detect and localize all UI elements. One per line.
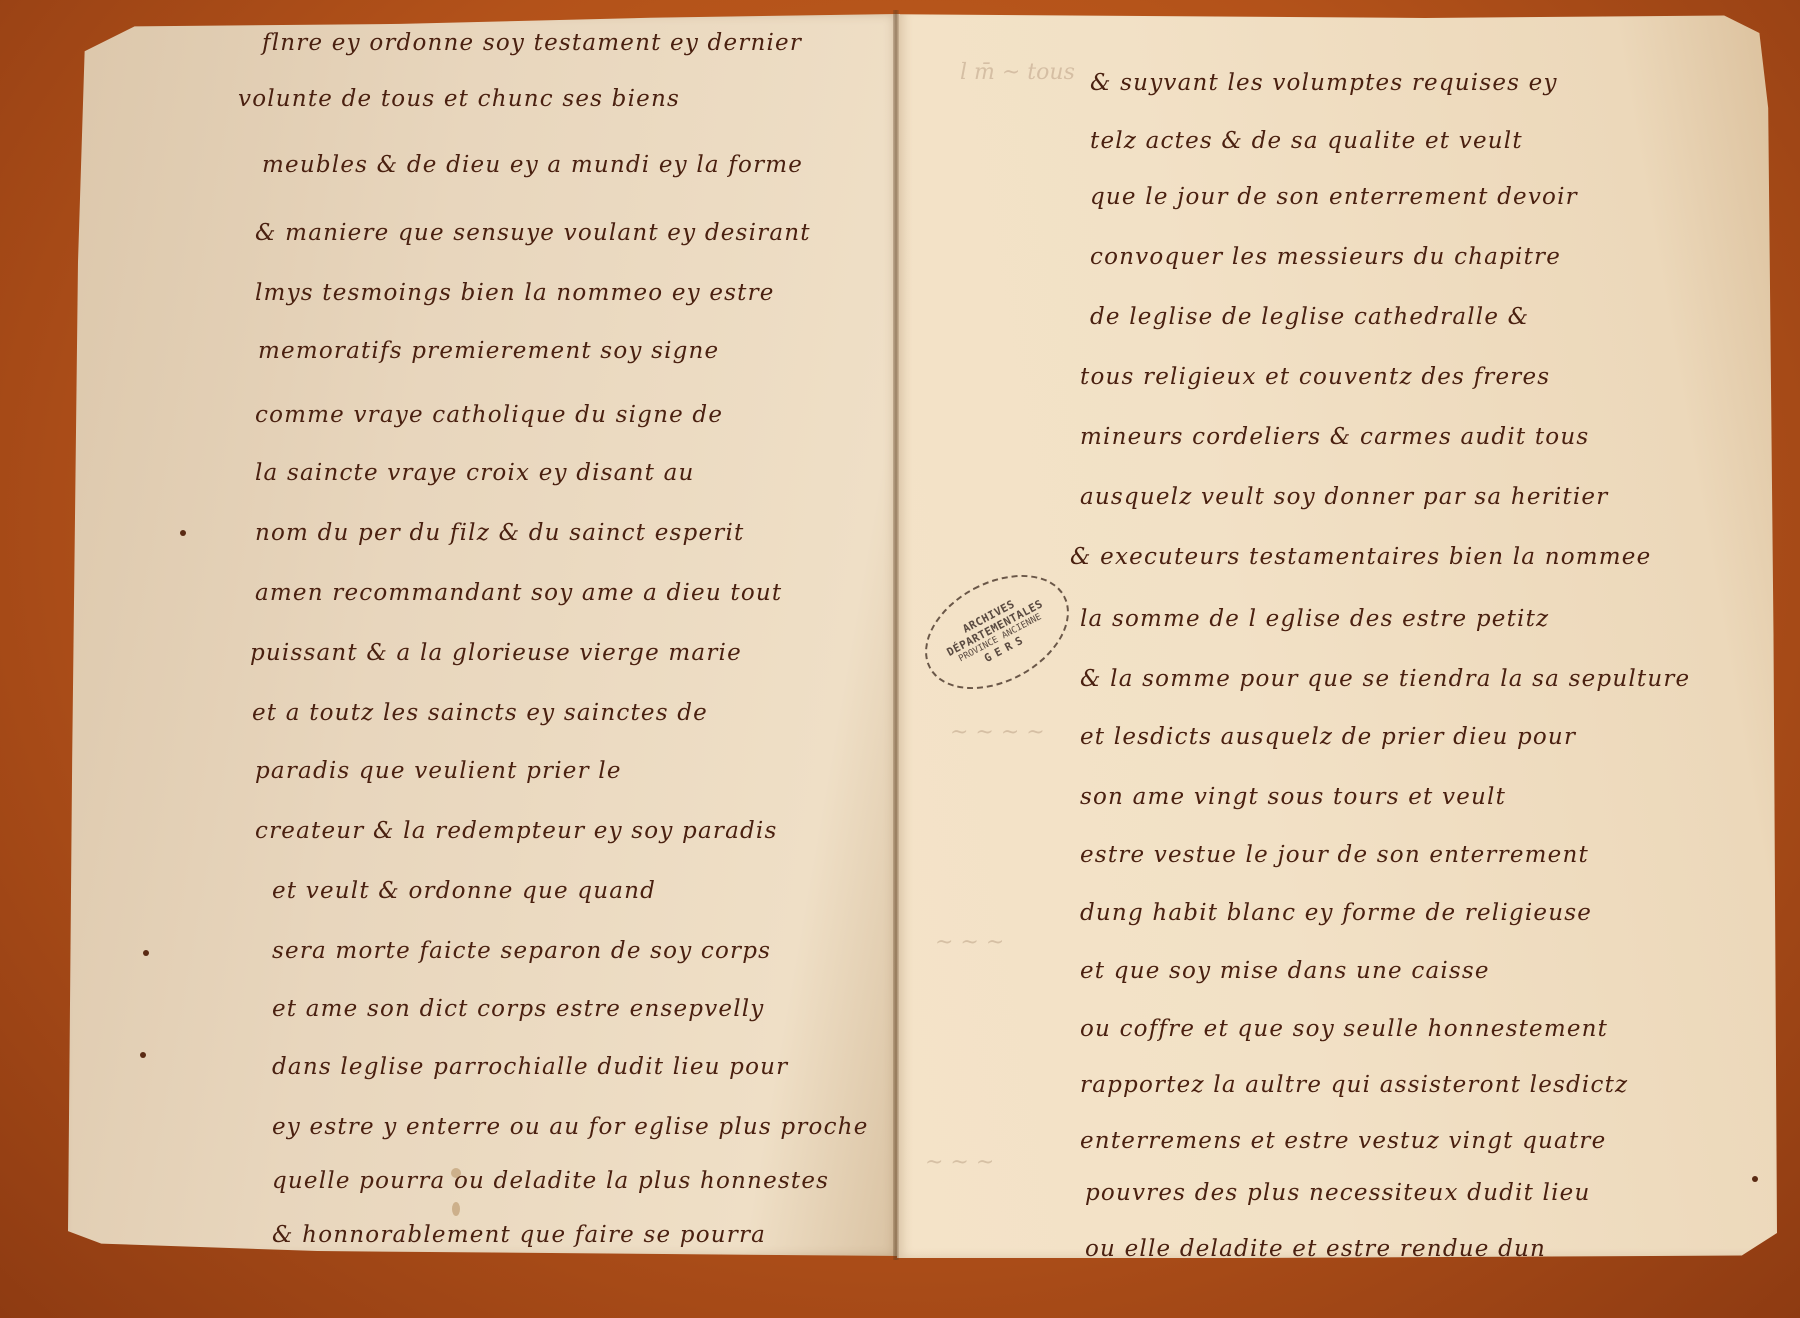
- manuscript-line: dans leglise parrochialle dudit lieu pou…: [272, 1054, 788, 1080]
- manuscript-line: enterremens et estre vestuz vingt quatre: [1080, 1128, 1606, 1154]
- manuscript-line: la saincte vraye croix ey disant au: [255, 460, 695, 486]
- manuscript-line: que le jour de son enterrement devoir: [1090, 184, 1578, 210]
- margin-mark: [143, 950, 149, 956]
- manuscript-line: ey estre y enterre ou au for eglise plus…: [272, 1114, 869, 1140]
- manuscript-line: & maniere que sensuye voulant ey desiran…: [255, 220, 811, 246]
- paper-stain: [452, 1202, 460, 1216]
- manuscript-line: ou elle deladite et estre rendue dun: [1085, 1236, 1546, 1262]
- manuscript-line: quelle pourra ou deladite la plus honnes…: [272, 1168, 829, 1194]
- manuscript-line: & honnorablement que faire se pourra: [272, 1222, 766, 1248]
- manuscript-line: estre vestue le jour de son enterrement: [1080, 842, 1589, 868]
- manuscript-line: dung habit blanc ey forme de religieuse: [1080, 900, 1592, 926]
- manuscript-line: nom du per du filz & du sainct esperit: [255, 520, 744, 546]
- manuscript-line: ou coffre et que soy seulle honnestement: [1080, 1016, 1608, 1042]
- book-gutter: [893, 10, 899, 1260]
- manuscript-line: ausquelz veult soy donner par sa heritie…: [1080, 484, 1608, 510]
- manuscript-line: telz actes & de sa qualite et veult: [1090, 128, 1523, 154]
- manuscript-line: & suyvant les volumptes requises ey: [1090, 70, 1558, 96]
- manuscript-line: la somme de l eglise des estre petitz: [1080, 606, 1549, 632]
- manuscript-line: sera morte faicte separon de soy corps: [272, 938, 771, 964]
- manuscript-line: puissant & a la glorieuse vierge marie: [250, 640, 742, 666]
- manuscript-line: & la somme pour que se tiendra la sa sep…: [1080, 666, 1690, 692]
- manuscript-line: paradis que veulient prier le: [255, 758, 622, 784]
- margin-mark: [1752, 1176, 1758, 1182]
- manuscript-line: createur & la redempteur ey soy paradis: [255, 818, 777, 844]
- manuscript-line: lmys tesmoings bien la nommeo ey estre: [255, 280, 775, 306]
- manuscript-line: et ame son dict corps estre ensepvelly: [272, 996, 765, 1022]
- manuscript-line: pouvres des plus necessiteux dudit lieu: [1085, 1180, 1591, 1206]
- manuscript-line: et que soy mise dans une caisse: [1080, 958, 1490, 984]
- show-through-text: ~ ~ ~: [925, 1150, 994, 1175]
- manuscript-line: volunte de tous et chunc ses biens: [238, 86, 680, 112]
- manuscript-line: flnre ey ordonne soy testament ey dernie…: [262, 30, 802, 56]
- show-through-text: ~ ~ ~: [935, 930, 1004, 955]
- manuscript-line: meubles & de dieu ey a mundi ey la forme: [262, 152, 803, 178]
- manuscript-line: de leglise de leglise cathedralle &: [1090, 304, 1529, 330]
- manuscript-line: rapportez la aultre qui assisteront lesd…: [1080, 1072, 1628, 1098]
- manuscript-line: & executeurs testamentaires bien la nomm…: [1070, 544, 1651, 570]
- manuscript-line: mineurs cordeliers & carmes audit tous: [1080, 424, 1589, 450]
- paper-stain: [451, 1168, 461, 1178]
- margin-mark: [180, 530, 186, 536]
- show-through-text: ~ ~ ~ ~: [950, 720, 1045, 745]
- manuscript-line: comme vraye catholique du signe de: [255, 402, 723, 428]
- margin-mark: [140, 1052, 146, 1058]
- show-through-text: l m̄ ~ tous: [960, 60, 1075, 85]
- manuscript-line: son ame vingt sous tours et veult: [1080, 784, 1506, 810]
- manuscript-line: et lesdicts ausquelz de prier dieu pour: [1080, 724, 1576, 750]
- manuscript-line: tous religieux et couventz des freres: [1080, 364, 1550, 390]
- manuscript-line: memoratifs premierement soy signe: [258, 338, 719, 364]
- manuscript-line: et veult & ordonne que quand: [272, 878, 656, 904]
- manuscript-line: amen recommandant soy ame a dieu tout: [255, 580, 782, 606]
- manuscript-line: convoquer les messieurs du chapitre: [1090, 244, 1561, 270]
- manuscript-line: et a toutz les saincts ey sainctes de: [252, 700, 708, 726]
